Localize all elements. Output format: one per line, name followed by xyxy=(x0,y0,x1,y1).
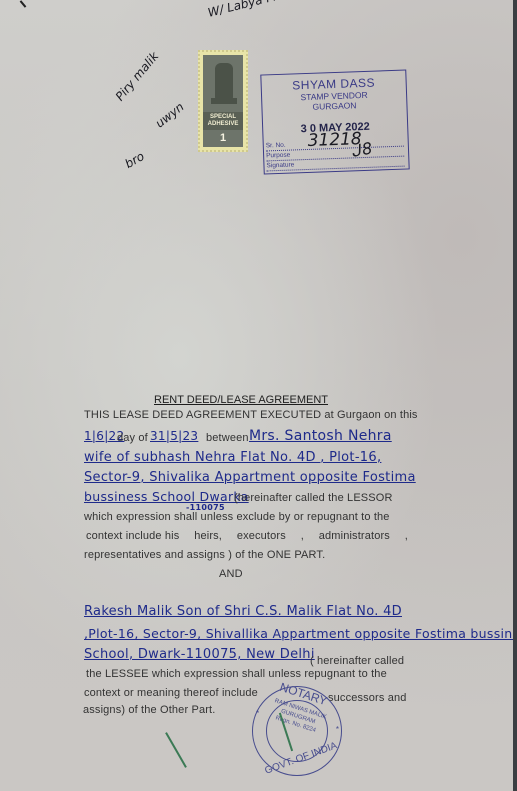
lessor-clause-2: which expression shall unless exclude by… xyxy=(84,511,390,523)
lessee-clause-3-left: context or meaning thereof include xyxy=(84,687,258,699)
deed-line-1: THIS LEASE DEED AGREEMENT EXECUTED at Gu… xyxy=(84,409,414,421)
handwritten-note-top: W/ Labya Malik xyxy=(206,0,298,20)
handwritten-note-left-1: Piry malik xyxy=(113,49,162,103)
lessor-clause-1: (hereinafter called the LESSOR xyxy=(234,492,393,504)
lessee-name-line: Rakesh Malik Son of Shri C.S. Malik Flat… xyxy=(84,604,402,619)
handwritten-vendor-signature: ᒍ8 xyxy=(350,138,373,160)
lessor-address-3: bussiness School Dwarka xyxy=(84,489,249,504)
handwritten-note-left-2: uwyn xyxy=(153,100,187,131)
lessor-clause-4: representatives and assigns ) of the ONE… xyxy=(84,549,325,561)
lessor-clause-3: context include his heirs, executors , a… xyxy=(86,530,408,542)
date-to: 31|5|23 xyxy=(150,429,198,443)
lessee-clause-2: the LESSEE which expression shall unless… xyxy=(86,668,387,680)
lessee-clause-3-right: successors and xyxy=(328,692,407,704)
lessor-address-1: wife of subhash Nehra Flat No. 4D , Plot… xyxy=(84,450,381,465)
star-icon: * xyxy=(256,709,259,718)
revenue-stamp-label: SPECIAL ADHESIVE xyxy=(203,112,243,130)
deed-title: RENT DEED/LEASE AGREEMENT xyxy=(154,394,328,406)
green-pen-mark xyxy=(165,732,187,768)
lessee-address-2: School, Dwark-110075, New Delhi xyxy=(84,647,315,662)
revenue-stamp: SPECIAL ADHESIVE 1 xyxy=(198,50,248,152)
revenue-stamp-value: 1 xyxy=(220,132,226,144)
lessee-clause-4: assigns) of the Other Part. xyxy=(83,704,215,716)
handwritten-note-left-3: bro xyxy=(123,149,147,171)
document-page: W/ Labya Malik Piry malik uwyn bro SPECI… xyxy=(0,0,513,791)
national-emblem-icon xyxy=(215,63,233,99)
day-of-label: day of xyxy=(117,432,148,444)
notary-seal: NOTARY RAM NIWAS MALIK GURUGRAM Regn. No… xyxy=(252,686,342,776)
lessee-address-1: ,Plot-16, Sector-9, Shivallika Appartmen… xyxy=(84,626,517,641)
scan-edge xyxy=(513,0,517,791)
and-separator: AND xyxy=(219,568,243,580)
stamp-vendor-seal: SHYAM DASS STAMP VENDOR GURGAON 3 0 MAY … xyxy=(260,69,409,174)
lessee-clause-1: ( hereinafter called xyxy=(310,655,404,667)
lessor-name: Mrs. Santosh Nehra xyxy=(249,428,392,444)
pen-mark xyxy=(20,0,27,7)
star-icon: * xyxy=(336,725,339,734)
between-label: between xyxy=(206,432,249,444)
lessor-address-2: Sector-9, Shivalika Appartment opposite … xyxy=(84,470,416,485)
